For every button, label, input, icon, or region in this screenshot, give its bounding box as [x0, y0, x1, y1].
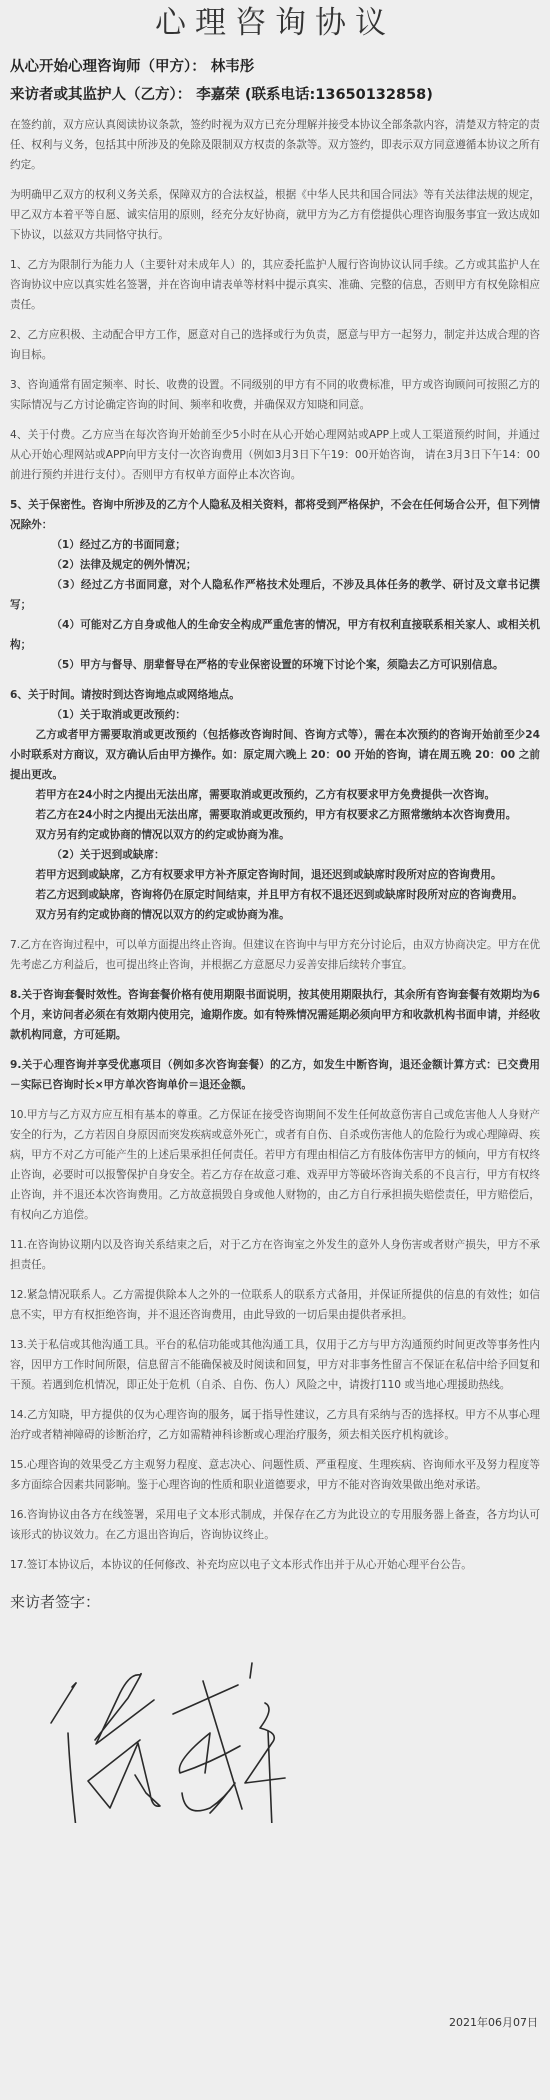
- clause-13: 13.关于私信或其他沟通工具。平台的私信功能或其他沟通工具，仅用于乙方与甲方沟通…: [10, 1335, 540, 1395]
- page-title: 心理咨询协议: [10, 0, 540, 50]
- clause-3: 3、咨询通常有固定频率、时长、收费的设置。不同级别的甲方有不同的收费标准，甲方或…: [10, 375, 540, 415]
- clause-5-item-2: （2）法律及规定的例外情况；: [10, 555, 540, 575]
- signature-date: 2021年06月07日: [449, 2014, 538, 2030]
- clause-5-item-3: （3）经过乙方书面同意，对个人隐私作严格技术处理后，不涉及具体任务的教学、研讨及…: [10, 575, 540, 615]
- clause-8: 8.关于咨询套餐时效性。咨询套餐价格有使用期限书面说明，按其使用期限执行，其余所…: [10, 985, 540, 1045]
- clause-9: 9.关于心理咨询并享受优惠项目（例如多次咨询套餐）的乙方，如发生中断咨询，退还金…: [10, 1055, 540, 1095]
- clause-6-sub1-line-1: 乙方或者甲方需要取消或更改预约（包括修改咨询时间、咨询方式等），需在本次预约的咨…: [10, 725, 540, 785]
- clause-15: 15.心理咨询的效果受乙方主观努力程度、意志决心、问题性质、严重程度、生理疾病、…: [10, 1455, 540, 1495]
- handwritten-signature: [10, 1623, 310, 1823]
- clause-10: 10.甲方与乙方双方应互相有基本的尊重。乙方保证在接受咨询期间不发生任何故意伤害…: [10, 1105, 540, 1225]
- party-b: 来访者或其监护人（乙方）： 李嘉荣 (联系电话:13650132858): [10, 81, 540, 109]
- clause-6-sub1-line-3: 若乙方在24小时之内提出无法出席，需要取消或更改预约，甲方有权要求乙方照常缴纳本…: [10, 805, 540, 825]
- clause-17: 17.签订本协议后，本协议的任何修改、补充均应以电子文本形式作出并于从心开始心理…: [10, 1555, 540, 1575]
- clause-6-sub2-title: （2）关于迟到或缺席：: [10, 845, 540, 865]
- clause-5-item-5: （5）甲方与督导、朋辈督导在严格的专业保密设置的环境下讨论个案，须隐去乙方可识别…: [10, 655, 540, 675]
- clause-6-sub1-line-2: 若甲方在24小时之内提出无法出席，需要取消或更改预约，乙方有权要求甲方免费提供一…: [10, 785, 540, 805]
- clause-14: 14.乙方知晓，甲方提供的仅为心理咨询的服务，属于指导性建议，乙方具有采纳与否的…: [10, 1405, 540, 1445]
- party-a: 从心开始心理咨询师（甲方）： 林韦彤: [10, 53, 540, 81]
- clause-7: 7.乙方在咨询过程中，可以单方面提出终止咨询。但建议在咨询中与甲方充分讨论后，由…: [10, 935, 540, 975]
- clause-6-heading: 6、关于时间。请按时到达咨询地点或网络地点。: [10, 685, 540, 705]
- agreement-document: 心理咨询协议 从心开始心理咨询师（甲方）： 林韦彤 来访者或其监护人（乙方）： …: [0, 0, 550, 2100]
- clause-2: 2、乙方应积极、主动配合甲方工作，愿意对自己的选择或行为负责，愿意与甲方一起努力…: [10, 325, 540, 365]
- signature-label: 来访者签字：: [10, 1589, 540, 1615]
- intro-paragraph-1: 在签约前，双方应认真阅读协议条款，签约时视为双方已充分理解并接受本协议全部条款内…: [10, 115, 540, 175]
- clause-6-sub2-line-2: 若乙方迟到或缺席，咨询将仍在原定时间结束，并且甲方有权不退还迟到或缺席时段所对应…: [10, 885, 540, 905]
- clause-6-sub1-title: （1）关于取消或更改预约：: [10, 705, 540, 725]
- intro-paragraph-2: 为明确甲乙双方的权利义务关系，保障双方的合法权益，根据《中华人民共和国合同法》等…: [10, 185, 540, 245]
- clause-5-item-4: （4）可能对乙方自身或他人的生命安全构成严重危害的情况，甲方有权利直接联系相关家…: [10, 615, 540, 655]
- clause-5-heading: 5、关于保密性。咨询中所涉及的乙方个人隐私及相关资料，都将受到严格保护，不会在任…: [10, 495, 540, 535]
- clause-6-sub1-line-4: 双方另有约定或协商的情况以双方的约定或协商为准。: [10, 825, 540, 845]
- clause-12: 12.紧急情况联系人。乙方需提供除本人之外的一位联系人的联系方式备用，并保证所提…: [10, 1285, 540, 1325]
- clause-16: 16.咨询协议由各方在线签署，采用电子文本形式制成，并保存在乙方为此设立的专用服…: [10, 1505, 540, 1545]
- clause-11: 11.在咨询协议期内以及咨询关系结束之后，对于乙方在咨询室之外发生的意外人身伤害…: [10, 1235, 540, 1275]
- clause-1: 1、乙方为限制行为能力人（主要针对未成年人）的，其应委托监护人履行咨询协议认同手…: [10, 255, 540, 315]
- clause-6-sub2-line-3: 双方另有约定或协商的情况以双方的约定或协商为准。: [10, 905, 540, 925]
- clause-5-item-1: （1）经过乙方的书面同意；: [10, 535, 540, 555]
- clause-6-sub2-line-1: 若甲方迟到或缺席，乙方有权要求甲方补齐原定咨询时间，退还迟到或缺席时段所对应的咨…: [10, 865, 540, 885]
- clause-4: 4、关于付费。乙方应当在每次咨询开始前至少5小时在从心开始心理网站或APP上或人…: [10, 425, 540, 485]
